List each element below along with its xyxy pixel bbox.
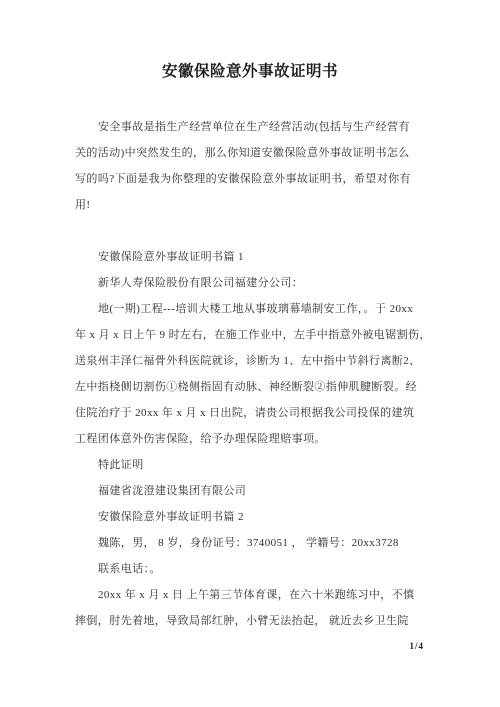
document-line: 年 x 月 x 日上午 9 时左右，在施工作业中，左手中指意外被电锯割伤， xyxy=(75,322,440,348)
document-line: 安全事故是指生产经营单位在生产经营活动(包括与生产经营有 xyxy=(75,114,440,140)
document-line: 摔倒，肘先着地，导致局部红肿，小臂无法抬起， 就近去乡卫生院 xyxy=(75,608,440,634)
document-line: 安徽保险意外事故证明书篇 2 xyxy=(75,504,440,530)
document-line: 工程团体意外伤害保险，给予办理保险理赔事项。 xyxy=(75,426,440,452)
document-line: 特此证明 xyxy=(75,452,440,478)
document-line: 送泉州丰泽仁福骨外科医院就诊，诊断为 1、左中指中节斜行离断2、 xyxy=(75,348,440,374)
document-page: 安徽保险意外事故证明书 安全事故是指生产经营单位在生产经营活动(包括与生产经营有… xyxy=(0,0,500,707)
document-line: 魏陈，男， 8 岁，身份证号：3740051 ， 学籍号：20xx3728 xyxy=(75,530,440,556)
document-line: 20xx 年 x 月 x 日 上午第三节体育课，在六十米跑练习中，不慎 xyxy=(75,582,440,608)
document-blank-line xyxy=(75,218,440,244)
document-line: 新华人寿保险股份有限公司福建分公司： xyxy=(75,270,440,296)
document-line: 用! xyxy=(75,192,440,218)
page-number: 1/4 xyxy=(409,641,424,651)
document-line: 关的活动)中突然发生的，那么你知道安徽保险意外事故证明书怎么 xyxy=(75,140,440,166)
document-line: 福建省泷澄建设集团有限公司 xyxy=(75,478,440,504)
document-body: 安全事故是指生产经营单位在生产经营活动(包括与生产经营有 关的活动)中突然发生的… xyxy=(0,114,500,634)
document-title: 安徽保险意外事故证明书 xyxy=(0,0,500,82)
document-line: 写的吗?下面是我为你整理的安徽保险意外事故证明书，希望对你有 xyxy=(75,166,440,192)
document-line: 联系电话：。 xyxy=(75,556,440,582)
document-line: 地(一期)工程---培训大楼工地从事玻璃幕墙制安工作，。于 20xx xyxy=(75,296,440,322)
document-line: 左中指桡侧切割伤①桡侧指固有动脉、神经断裂②指伸肌腱断裂。经 xyxy=(75,374,440,400)
document-line: 安徽保险意外事故证明书篇 1 xyxy=(75,244,440,270)
document-line: 住院治疗于 20xx 年 x 月 x 日出院，请贵公司根据我公司投保的建筑 xyxy=(75,400,440,426)
